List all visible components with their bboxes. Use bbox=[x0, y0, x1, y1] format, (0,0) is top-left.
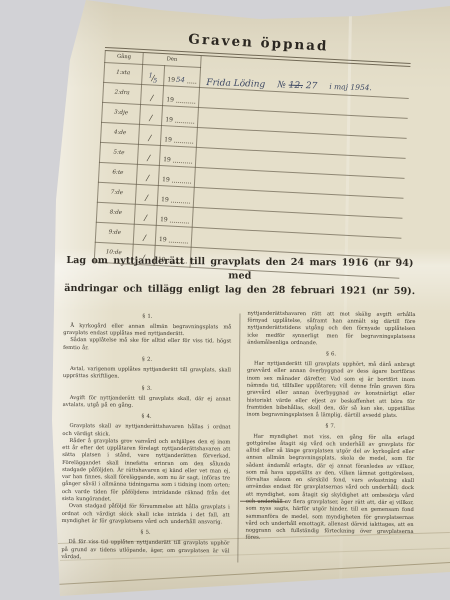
date-slash-cell: / bbox=[137, 144, 160, 165]
law-column-left: § 1.Å kyrkogård eller annan allmän begra… bbox=[61, 309, 231, 563]
corrected-number: 27 bbox=[306, 81, 318, 91]
law-paragraph: Har nyttjanderätt till gravplats upphört… bbox=[247, 361, 416, 421]
section-mark: § 5. bbox=[62, 529, 230, 538]
handwritten-date-fraction: 1/5 bbox=[148, 65, 158, 84]
printed-year-prefix: 19 bbox=[165, 117, 173, 123]
section-mark: § 7. bbox=[246, 423, 414, 432]
printed-year-prefix: 19 bbox=[159, 237, 167, 243]
law-paragraph: Råder å gravplats grov vanvård och avhjä… bbox=[62, 438, 231, 505]
row-ordinal-cell: 6:te bbox=[98, 162, 137, 184]
printed-year-prefix: 19 bbox=[161, 197, 169, 203]
row-ordinal-cell: 9:de bbox=[95, 222, 134, 244]
printed-year-prefix: 19 bbox=[160, 217, 168, 223]
printed-slash: / bbox=[146, 173, 149, 182]
year-cell: 1954 bbox=[164, 65, 201, 87]
law-paragraph: nyttjanderättshavaren rätt att mot skäli… bbox=[247, 310, 415, 348]
date-slash-cell: / bbox=[134, 204, 157, 225]
year-blank-line bbox=[175, 120, 195, 124]
date-slash-cell: / bbox=[133, 224, 156, 245]
year-cell: 19 bbox=[157, 185, 194, 207]
printed-slash: / bbox=[143, 233, 146, 242]
law-text-section: Lag om nyttjanderätt till gravplats den … bbox=[61, 254, 416, 564]
date-slash-cell: / bbox=[136, 164, 159, 185]
row-ordinal-cell: 4:de bbox=[101, 122, 140, 144]
section-mark: § 6. bbox=[247, 351, 415, 360]
row-ordinal-cell: 8:de bbox=[96, 202, 135, 224]
printed-year-prefix: 19 bbox=[166, 97, 174, 103]
year-cell: 19 bbox=[160, 125, 197, 147]
handwritten-year: 54 bbox=[176, 77, 185, 84]
printed-slash: / bbox=[147, 153, 150, 162]
year-blank-line bbox=[187, 80, 197, 83]
form-table-body: 1:sta1/51954Frida Löding№ 12. 27i maj 19… bbox=[94, 62, 410, 278]
year-blank-line bbox=[173, 160, 193, 164]
row-ordinal-cell: 5:te bbox=[99, 142, 138, 164]
law-paragraph: Har myndighet mot viss, en gång för alla… bbox=[245, 433, 414, 544]
year-blank-line bbox=[174, 140, 194, 144]
handwritten-month: 5 bbox=[153, 77, 158, 85]
law-paragraph: Sådan upplåtelse må ske för alltid eller… bbox=[63, 337, 231, 353]
law-column-right: nyttjanderättshavaren rätt att mot skäli… bbox=[245, 310, 415, 564]
printed-slash: / bbox=[149, 113, 152, 122]
law-heading-line2: ändringar och tillägg enligt lag den 28 … bbox=[64, 282, 416, 299]
grave-number: № 12. 27 bbox=[277, 80, 317, 91]
printed-slash: / bbox=[145, 193, 148, 202]
year-blank-line bbox=[170, 219, 190, 223]
section-mark: § 2. bbox=[63, 356, 231, 365]
crossed-out-number: 12. bbox=[289, 80, 304, 90]
printed-slash: / bbox=[150, 93, 153, 102]
row-ordinal-cell: 7:de bbox=[97, 182, 136, 204]
year-blank-line bbox=[172, 179, 192, 183]
law-paragraph: Gravplats skall av nyttjanderättshavaren… bbox=[62, 423, 230, 439]
section-mark: § 4. bbox=[63, 413, 231, 422]
column-divider bbox=[237, 313, 240, 562]
numero-sign: № bbox=[277, 80, 286, 90]
law-paragraph: Då för viss tid upplåten nyttjanderätt t… bbox=[61, 539, 229, 562]
date-slash-cell: / bbox=[140, 104, 163, 125]
law-heading: Lag om nyttjanderätt till gravplats den … bbox=[64, 254, 416, 299]
year-cell: 19 bbox=[159, 145, 196, 167]
row-ordinal-cell: 2:dra bbox=[103, 82, 142, 104]
printed-year-prefix: 19 bbox=[167, 77, 175, 83]
paper-sheet: Graven öppnad Gång Den 1:sta1/51954Frida… bbox=[0, 0, 450, 600]
year-cell: 19 bbox=[158, 165, 195, 187]
law-paragraph: Ovan stadgad påföljd för försummelse att… bbox=[62, 503, 230, 526]
date-slash-cell: / bbox=[135, 184, 158, 205]
law-paragraph: Avtal, varigenom upplåtes nyttjanderätt … bbox=[63, 366, 231, 382]
date-note: i maj 1954. bbox=[329, 82, 372, 92]
section-mark: § 1. bbox=[63, 313, 231, 322]
law-columns: § 1.Å kyrkogård eller annan allmän begra… bbox=[61, 309, 415, 564]
row-ordinal-cell: 3:dje bbox=[102, 102, 141, 124]
date-slash-cell: 1/5 bbox=[142, 64, 165, 85]
paper-bottom-edge bbox=[56, 562, 450, 585]
year-cell: 19 bbox=[161, 105, 198, 127]
date-slash-cell: / bbox=[138, 124, 161, 145]
year-cell: 19 bbox=[155, 225, 192, 247]
handwritten-day: 1 bbox=[148, 72, 153, 80]
year-cell: 19 bbox=[163, 85, 200, 107]
printed-year-prefix: 19 bbox=[164, 137, 172, 143]
year-cell: 19 bbox=[156, 205, 193, 227]
section-mark: § 3. bbox=[63, 385, 231, 394]
law-paragraph: Avgift för nyttjanderätt till gravplats … bbox=[63, 395, 231, 411]
date-slash-cell: / bbox=[141, 84, 164, 105]
printed-slash: / bbox=[144, 213, 147, 222]
photo-of-document: Graven öppnad Gång Den 1:sta1/51954Frida… bbox=[0, 0, 450, 600]
grave-opened-table: Gång Den 1:sta1/51954Frida Löding№ 12. 2… bbox=[94, 51, 411, 279]
year-blank-line bbox=[176, 100, 196, 104]
burial-record-form: Graven öppnad Gång Den 1:sta1/51954Frida… bbox=[94, 28, 412, 279]
deceased-name: Frida Löding bbox=[206, 78, 265, 90]
row-ordinal-cell: 1:sta bbox=[104, 62, 143, 84]
printed-year-prefix: 19 bbox=[162, 177, 170, 183]
year-blank-line bbox=[171, 199, 191, 203]
law-heading-line1: Lag om nyttjanderätt till gravplats den … bbox=[64, 254, 416, 285]
year-blank-line bbox=[169, 239, 189, 243]
printed-slash: / bbox=[148, 133, 151, 142]
printed-year-prefix: 19 bbox=[163, 157, 171, 163]
